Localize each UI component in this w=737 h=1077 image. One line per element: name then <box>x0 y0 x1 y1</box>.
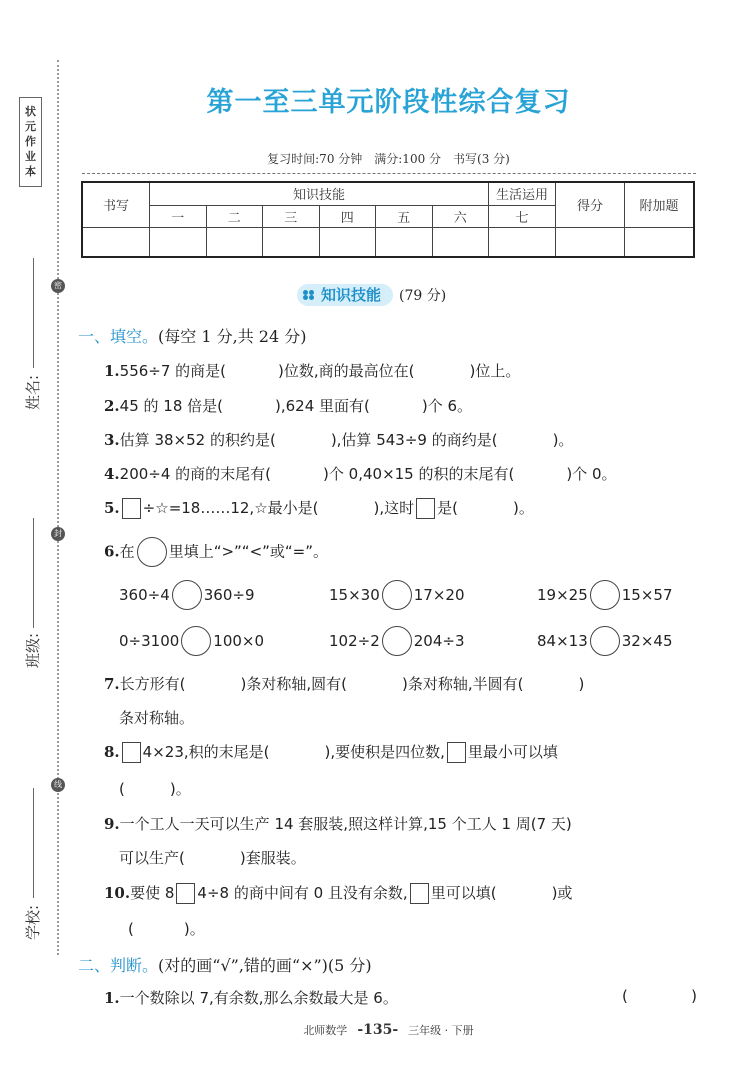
question-1: 1.556÷7 的商是()位数,商的最高位在()位上。 <box>104 360 520 381</box>
group-life: 生活运用 <box>489 182 556 205</box>
score-cell[interactable] <box>263 227 320 257</box>
question-8-line2: ()。 <box>119 778 191 799</box>
part2-note: (对的画“√”,错的画“×”)(5 分) <box>158 956 372 975</box>
comparison-6: 84×1332×45 <box>537 626 673 656</box>
seal-mi-icon: 密 <box>51 279 65 293</box>
q-num: 2. <box>104 397 120 415</box>
section-points: (79 分) <box>399 285 446 305</box>
q-text: 45 的 18 倍是( <box>120 397 223 415</box>
q-text: )。 <box>184 920 205 938</box>
cmp-right: 32×45 <box>622 632 673 650</box>
divider <box>82 173 696 174</box>
q-text: )。 <box>553 431 574 449</box>
sub-col: 七 <box>489 205 556 227</box>
q-text: 里最小可以填 <box>468 743 558 761</box>
score-cell[interactable] <box>489 227 556 257</box>
q-text: 一个工人一天可以生产 14 套服装,照这样计算,15 个工人 1 周(7 天) <box>120 815 572 833</box>
sub-col: 一 <box>150 205 207 227</box>
q-text: )或 <box>552 884 573 902</box>
q-text: )个 6。 <box>422 397 472 415</box>
judge-question-1: 1.一个数除以 7,有余数,那么余数最大是 6。 <box>104 987 398 1008</box>
brand-char: 作 <box>20 134 41 149</box>
score-table: 书写 知识技能 生活运用 得分 附加题 一 二 三 四 五 六 七 <box>81 181 695 258</box>
score-cell[interactable] <box>432 227 489 257</box>
part1-title: 一、填空。 <box>78 327 158 346</box>
question-6: 6.在里填上“>”“<”或“=”。 <box>104 537 328 567</box>
question-10: 10.要使 84÷8 的商中间有 0 且没有余数,里可以填()或 <box>104 882 572 904</box>
cmp-left: 0÷3100 <box>119 632 179 650</box>
score-cell[interactable] <box>556 227 625 257</box>
q-text: )条对称轴,半圆有( <box>402 675 523 693</box>
school-field-line[interactable] <box>33 788 34 898</box>
group-knowledge: 知识技能 <box>150 182 489 205</box>
question-9-line2: 可以生产()套服装。 <box>119 847 306 868</box>
footer-grade: 三年级 · 下册 <box>408 1024 474 1037</box>
q-text: )个 0。 <box>566 465 616 483</box>
q-num: 7. <box>104 675 120 693</box>
question-9: 9.一个工人一天可以生产 14 套服装,照这样计算,15 个工人 1 周(7 天… <box>104 813 572 834</box>
sub-col: 二 <box>206 205 263 227</box>
class-field-label: 班级: <box>22 633 43 668</box>
score-cell[interactable] <box>150 227 207 257</box>
q-text: ÷☆=18……12,☆最小是( <box>143 499 319 517</box>
q-num: 6. <box>104 543 120 561</box>
section-label: 知识技能 <box>321 286 381 304</box>
paren: ( <box>622 987 628 1005</box>
q-num: 8. <box>104 743 120 761</box>
seal-feng-icon: 封 <box>51 527 65 541</box>
question-7: 7.长方形有()条对称轴,圆有()条对称轴,半圆有() <box>104 673 584 694</box>
q-text: 里填上“>”“<”或“=”。 <box>169 543 328 561</box>
question-4: 4.200÷4 的商的末尾有()个 0,40×15 的积的末尾有()个 0。 <box>104 463 617 484</box>
col-bonus: 附加题 <box>625 182 695 227</box>
score-cell[interactable] <box>319 227 376 257</box>
q-num: 1. <box>104 362 120 380</box>
comparison-4: 0÷3100100×0 <box>119 626 264 656</box>
question-3: 3.估算 38×52 的积约是(),估算 543÷9 的商约是()。 <box>104 429 573 450</box>
comparison-5: 102÷2204÷3 <box>329 626 465 656</box>
question-8: 8.4×23,积的末尾是(),要使积是四位数,里最小可以填 <box>104 741 558 763</box>
q-text: ( <box>119 780 125 798</box>
paren: ) <box>691 987 697 1005</box>
q-text: 在 <box>120 543 135 561</box>
score-cell[interactable] <box>625 227 695 257</box>
cmp-left: 84×13 <box>537 632 588 650</box>
q-text: ),估算 543÷9 的商约是( <box>331 431 498 449</box>
square-box-icon <box>410 883 429 904</box>
square-box-icon <box>122 498 141 519</box>
q-text: 556÷7 的商是( <box>120 362 226 380</box>
q-text: 可以生产( <box>119 849 185 867</box>
q-text: 长方形有( <box>120 675 186 693</box>
answer-circle[interactable] <box>172 580 202 610</box>
q-text: 估算 38×52 的积约是( <box>120 431 276 449</box>
comparison-1: 360÷4360÷9 <box>119 580 255 610</box>
q-num: 5. <box>104 499 120 517</box>
q-num: 4. <box>104 465 120 483</box>
score-cell[interactable] <box>376 227 433 257</box>
square-box-icon <box>122 742 141 763</box>
question-2: 2.45 的 18 倍是(),624 里面有()个 6。 <box>104 395 472 416</box>
q-text: )个 0,40×15 的积的末尾有( <box>323 465 514 483</box>
question-10-line2: ()。 <box>128 918 205 939</box>
q-text: ) <box>579 675 585 693</box>
answer-circle[interactable] <box>382 580 412 610</box>
brand-char: 元 <box>20 119 41 134</box>
q-text: 里可以填( <box>431 884 497 902</box>
circle-icon <box>137 537 167 567</box>
sub-col: 六 <box>432 205 489 227</box>
school-field-label: 学校: <box>22 905 43 940</box>
q-text: ),要使积是四位数, <box>325 743 445 761</box>
q-text: 是( <box>437 499 458 517</box>
q-num: 1. <box>104 989 120 1007</box>
score-cell[interactable] <box>82 227 150 257</box>
section-pill: 知识技能 <box>297 284 393 306</box>
q-text: 4×23,积的末尾是( <box>143 743 270 761</box>
comparison-2: 15×3017×20 <box>329 580 465 610</box>
q-text: )位上。 <box>470 362 521 380</box>
cmp-right: 204÷3 <box>414 632 465 650</box>
sub-col: 三 <box>263 205 320 227</box>
question-5: 5.÷☆=18……12,☆最小是(),这时是()。 <box>104 497 534 519</box>
square-box-icon <box>176 883 195 904</box>
q-num: 10. <box>104 884 130 902</box>
name-field-label: 姓名: <box>22 375 43 410</box>
sub-col: 五 <box>376 205 433 227</box>
square-box-icon <box>447 742 466 763</box>
binding-dotted-line <box>57 60 59 955</box>
q-num: 9. <box>104 815 120 833</box>
q-text: )。 <box>513 499 534 517</box>
answer-circle[interactable] <box>181 626 211 656</box>
sub-col: 四 <box>319 205 376 227</box>
question-7-line2: 条对称轴。 <box>119 707 194 728</box>
score-cell[interactable] <box>206 227 263 257</box>
part1-note: (每空 1 分,共 24 分) <box>158 327 306 346</box>
cmp-right: 360÷9 <box>204 586 255 604</box>
comparison-3: 19×2515×57 <box>537 580 673 610</box>
cmp-right: 17×20 <box>414 586 465 604</box>
exam-info: 复习时间:70 分钟 满分:100 分 书写(3 分) <box>0 150 737 167</box>
answer-circle[interactable] <box>590 626 620 656</box>
q-text: )条对称轴,圆有( <box>241 675 347 693</box>
cmp-left: 19×25 <box>537 586 588 604</box>
q-text: )位数,商的最高位在( <box>278 362 414 380</box>
col-writing: 书写 <box>82 182 150 227</box>
q-text: 4÷8 的商中间有 0 且没有余数, <box>197 884 407 902</box>
cmp-left: 15×30 <box>329 586 380 604</box>
cmp-right: 15×57 <box>622 586 673 604</box>
answer-circle[interactable] <box>382 626 412 656</box>
seal-xian-icon: 线 <box>51 778 65 792</box>
part2-heading: 二、判断。(对的画“√”,错的画“×”)(5 分) <box>78 953 372 976</box>
part2-title: 二、判断。 <box>78 956 158 975</box>
cmp-right: 100×0 <box>213 632 264 650</box>
judge-answer-blank[interactable]: () <box>622 987 697 1005</box>
page-number: -135- <box>357 1022 398 1038</box>
part1-heading: 一、填空。(每空 1 分,共 24 分) <box>78 324 306 347</box>
q-text: ),这时 <box>374 499 415 517</box>
dots-icon <box>303 290 315 300</box>
q-text: ( <box>128 920 134 938</box>
q-text: 一个数除以 7,有余数,那么余数最大是 6。 <box>120 989 398 1007</box>
square-box-icon <box>416 498 435 519</box>
cmp-left: 102÷2 <box>329 632 380 650</box>
q-num: 3. <box>104 431 120 449</box>
answer-circle[interactable] <box>590 580 620 610</box>
q-text: 要使 8 <box>130 884 174 902</box>
q-text: 200÷4 的商的末尾有( <box>120 465 271 483</box>
q-text: )。 <box>170 780 191 798</box>
class-field-line[interactable] <box>33 518 34 628</box>
page-footer: 北师数学-135-三年级 · 下册 <box>0 1022 737 1038</box>
cmp-left: 360÷4 <box>119 586 170 604</box>
name-field-line[interactable] <box>33 258 34 368</box>
section-badge: 知识技能 (79 分) <box>297 284 446 306</box>
col-score: 得分 <box>556 182 625 227</box>
footer-subject: 北师数学 <box>303 1024 347 1037</box>
q-text: )套服装。 <box>240 849 306 867</box>
page-title: 第一至三单元阶段性综合复习 <box>0 80 737 119</box>
q-text: ),624 里面有( <box>275 397 370 415</box>
